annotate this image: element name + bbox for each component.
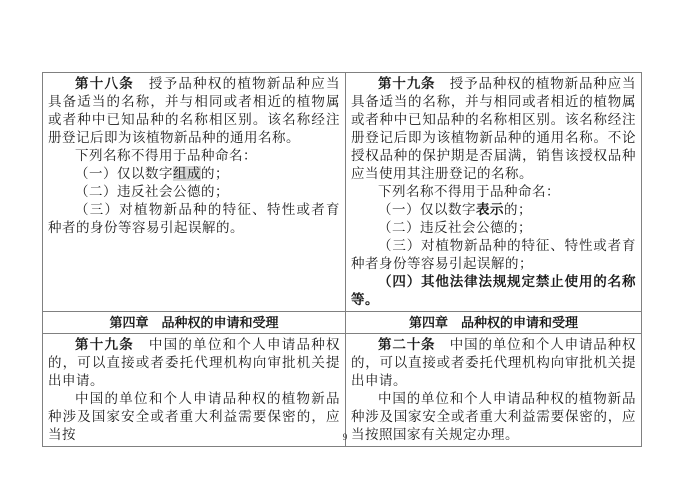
chapter-heading-left: 第四章 品种权的申请和受理	[43, 312, 346, 334]
paragraph: 第十九条 授予品种权的植物新品种应当具备适当的名称，并与相同或者相近的植物属或者…	[351, 75, 636, 183]
article-number: 第二十条	[378, 337, 435, 352]
paragraph: 第十九条 中国的单位和个人申请品种权的，可以直接或者委托代理机构向审批机关提出申…	[48, 336, 340, 390]
paragraph: 第十八条 授予品种权的植物新品种应当具备适当的名称，并与相同或者相近的植物属或者…	[48, 75, 340, 147]
paragraph: （三）对植物新品种的特征、特性或者育种者身份等容易引起误解的；	[351, 237, 636, 273]
paragraph: （一）仅以数字组成的；	[48, 165, 340, 183]
page-number: 9	[0, 432, 690, 442]
text-run: 授予品种权的植物新品种应当具备适当的名称，并与相同或者相近的植物属或者种中已知品…	[351, 76, 636, 181]
paragraph: 第二十条 中国的单位和个人申请品种权的，可以直接或者委托代理机构向审批机关提出申…	[351, 336, 636, 390]
document-page: 第十八条 授予品种权的植物新品种应当具备适当的名称，并与相同或者相近的植物属或者…	[0, 0, 690, 487]
text-run: （一）仅以数字	[75, 166, 173, 181]
table-row-chapter-heading: 第四章 品种权的申请和受理 第四章 品种权的申请和受理	[43, 312, 642, 334]
table-row-articles-naming: 第十八条 授予品种权的植物新品种应当具备适当的名称，并与相同或者相近的植物属或者…	[43, 73, 642, 312]
chapter-heading-right: 第四章 品种权的申请和受理	[346, 312, 642, 334]
paragraph: 下列名称不得用于品种命名：	[48, 147, 340, 165]
article-number: 第十九条	[75, 337, 134, 352]
paragraph: （一）仅以数字表示的；	[351, 201, 636, 219]
paragraph: （四）其他法律法规规定禁止使用的名称等。	[351, 273, 636, 309]
text-run: （二）违反社会公德的；	[378, 220, 532, 235]
text-run: （三）对植物新品种的特征、特性或者育种者身份等容易引起误解的；	[351, 238, 636, 271]
highlighted-text: 组成	[173, 166, 201, 181]
paragraph: （二）违反社会公德的；	[48, 183, 340, 201]
text-run: 的；	[504, 202, 532, 217]
text-run: （三）对植物新品种的特征、特性或者育种者的身份等容易引起误解的。	[48, 202, 340, 235]
text-run: （一）仅以数字	[378, 202, 476, 217]
cell-new-article-19: 第十九条 授予品种权的植物新品种应当具备适当的名称，并与相同或者相近的植物属或者…	[346, 73, 642, 312]
article-number: 第十八条	[75, 76, 134, 91]
text-run: 的；	[201, 166, 229, 181]
text-run: 下列名称不得用于品种命名：	[75, 148, 257, 163]
table-row-articles-application: 第十九条 中国的单位和个人申请品种权的，可以直接或者委托代理机构向审批机关提出申…	[43, 334, 642, 447]
article-number: 第十九条	[378, 76, 435, 91]
cell-old-article-18: 第十八条 授予品种权的植物新品种应当具备适当的名称，并与相同或者相近的植物属或者…	[43, 73, 346, 312]
cell-new-article-20: 第二十条 中国的单位和个人申请品种权的，可以直接或者委托代理机构向审批机关提出申…	[346, 334, 642, 447]
emphasized-text: 表示	[476, 202, 504, 217]
cell-old-article-19: 第十九条 中国的单位和个人申请品种权的，可以直接或者委托代理机构向审批机关提出申…	[43, 334, 346, 447]
paragraph: 下列名称不得用于品种命名：	[351, 183, 636, 201]
text-run: （二）违反社会公德的；	[75, 184, 229, 199]
emphasized-text: （四）其他法律法规规定禁止使用的名称等。	[351, 274, 636, 307]
comparison-table: 第十八条 授予品种权的植物新品种应当具备适当的名称，并与相同或者相近的植物属或者…	[42, 72, 642, 447]
text-run: 下列名称不得用于品种命名：	[378, 184, 560, 199]
paragraph: （三）对植物新品种的特征、特性或者育种者的身份等容易引起误解的。	[48, 201, 340, 237]
paragraph: （二）违反社会公德的；	[351, 219, 636, 237]
